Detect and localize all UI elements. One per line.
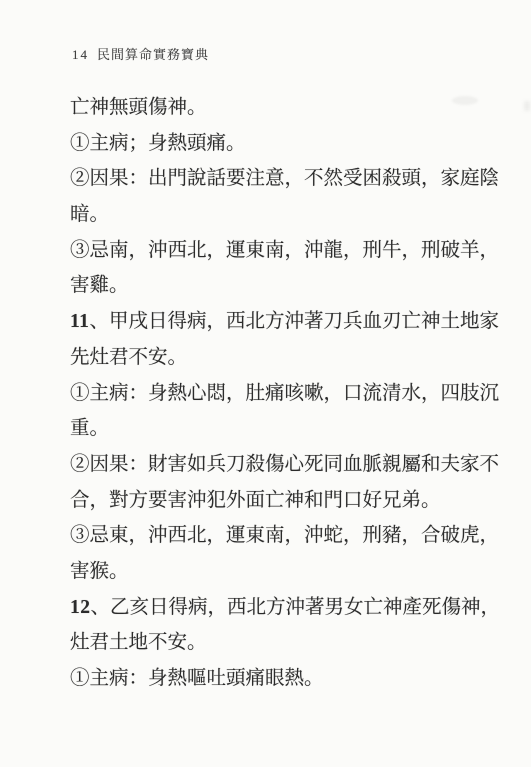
text-line: 灶君土地不安。 [70, 625, 510, 661]
line-text: 害猴。 [70, 561, 129, 582]
line-text: 害雞。 [70, 275, 129, 296]
line-text: 暗。 [70, 204, 109, 225]
scan-artifact [524, 101, 530, 111]
text-line: 害雞。 [70, 268, 510, 304]
line-text: ③忌東，沖西北，運東南，沖蛇，刑豬，合破虎， [70, 525, 499, 546]
item-number: 11 [70, 311, 89, 332]
text-line: 先灶君不安。 [70, 340, 510, 376]
running-header: 14民間算命實務寶典 [72, 44, 209, 63]
text-line: ②因果：財害如兵刀殺傷心死同血脈親屬和夫家不 [70, 447, 510, 483]
line-text: 先灶君不安。 [70, 347, 187, 368]
line-text: ①主病；身熱頭痛。 [70, 133, 246, 154]
text-line: 合，對方要害沖犯外面亡神和門口好兄弟。 [70, 483, 510, 519]
text-line: 12、乙亥日得病，西北方沖著男女亡神產死傷神， [70, 590, 510, 626]
text-body: 亡神無頭傷神。①主病；身熱頭痛。②因果：出門說話要注意，不然受困殺頭，家庭陰暗。… [70, 90, 510, 697]
line-text: ②因果：財害如兵刀殺傷心死同血脈親屬和夫家不 [70, 454, 499, 475]
line-text: ①主病：身熱心悶，肚痛咳嗽，口流清水，四肢沉 [70, 383, 499, 404]
page-number: 14 [72, 47, 89, 62]
item-number: 12 [70, 597, 91, 618]
text-line: ②因果：出門說話要注意，不然受困殺頭，家庭陰 [70, 161, 510, 197]
line-text: 、乙亥日得病，西北方沖著男女亡神產死傷神， [91, 597, 501, 618]
line-text: 重。 [70, 418, 109, 439]
text-line: ③忌東，沖西北，運東南，沖蛇，刑豬，合破虎， [70, 518, 510, 554]
line-text: 灶君土地不安。 [70, 632, 207, 653]
text-line: ①主病：身熱心悶，肚痛咳嗽，口流清水，四肢沉 [70, 376, 510, 412]
text-line: 11、甲戌日得病，西北方沖著刀兵血刃亡神土地家 [70, 304, 510, 340]
text-line: 亡神無頭傷神。 [70, 90, 510, 126]
line-text: ②因果：出門說話要注意，不然受困殺頭，家庭陰 [70, 168, 499, 189]
line-text: ③忌南，沖西北，運東南，沖龍，刑牛，刑破羊， [70, 240, 499, 261]
text-line: 害猴。 [70, 554, 510, 590]
book-page: 14民間算命實務寶典 亡神無頭傷神。①主病；身熱頭痛。②因果：出門說話要注意，不… [0, 0, 531, 767]
line-text: 、甲戌日得病，西北方沖著刀兵血刃亡神土地家 [89, 311, 499, 332]
book-title: 民間算命實務寶典 [97, 47, 209, 62]
text-line: ③忌南，沖西北，運東南，沖龍，刑牛，刑破羊， [70, 233, 510, 269]
text-line: ①主病；身熱頭痛。 [70, 126, 510, 162]
line-text: 合，對方要害沖犯外面亡神和門口好兄弟。 [70, 490, 441, 511]
text-line: 重。 [70, 411, 510, 447]
line-text: 亡神無頭傷神。 [70, 97, 207, 118]
text-line: 暗。 [70, 197, 510, 233]
line-text: ①主病：身熱嘔吐頭痛眼熱。 [70, 668, 324, 689]
text-line: ①主病：身熱嘔吐頭痛眼熱。 [70, 661, 510, 697]
